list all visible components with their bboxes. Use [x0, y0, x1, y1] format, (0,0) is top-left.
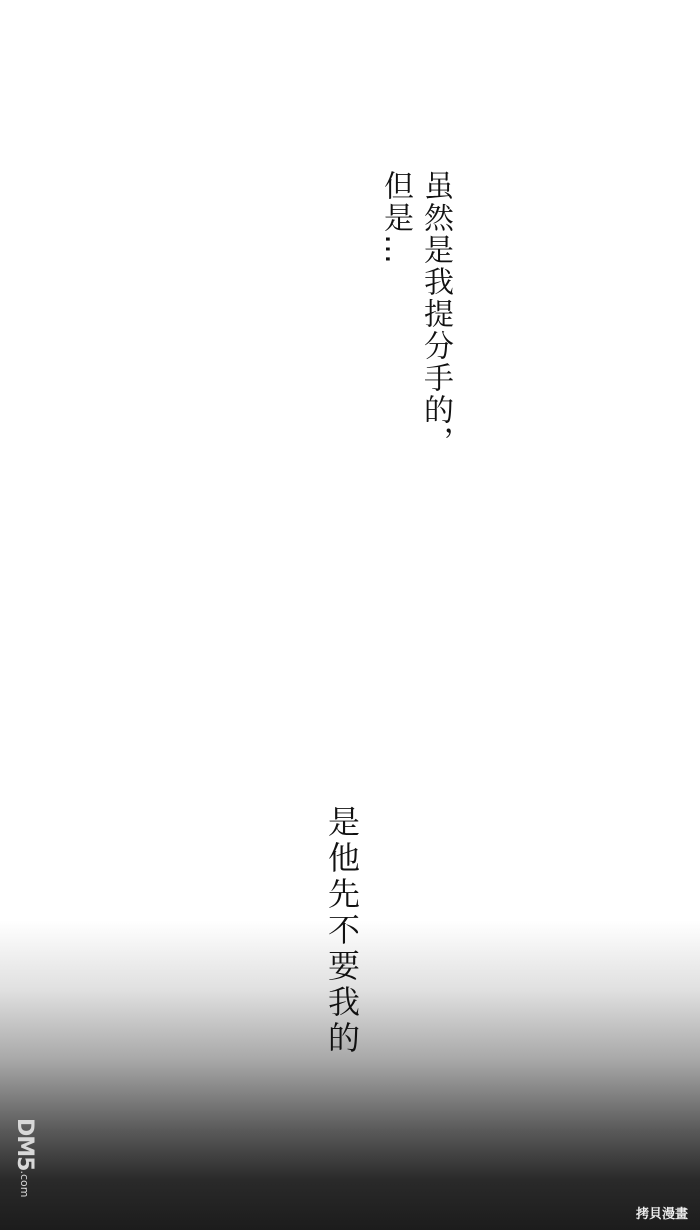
copy-manga-watermark: 拷貝漫畫 — [636, 1203, 688, 1222]
dialogue-line-2: 但是… — [380, 170, 410, 266]
dialogue-line-3: 是他先不要我的 — [326, 805, 358, 1057]
dm5-logo-text: DM5 — [12, 1118, 37, 1170]
dialogue-line-1: 虽然是我提分手的， — [420, 170, 450, 458]
dm5-watermark-logo: DM5.com — [12, 1118, 37, 1197]
dm5-logo-suffix: .com — [18, 1170, 31, 1197]
